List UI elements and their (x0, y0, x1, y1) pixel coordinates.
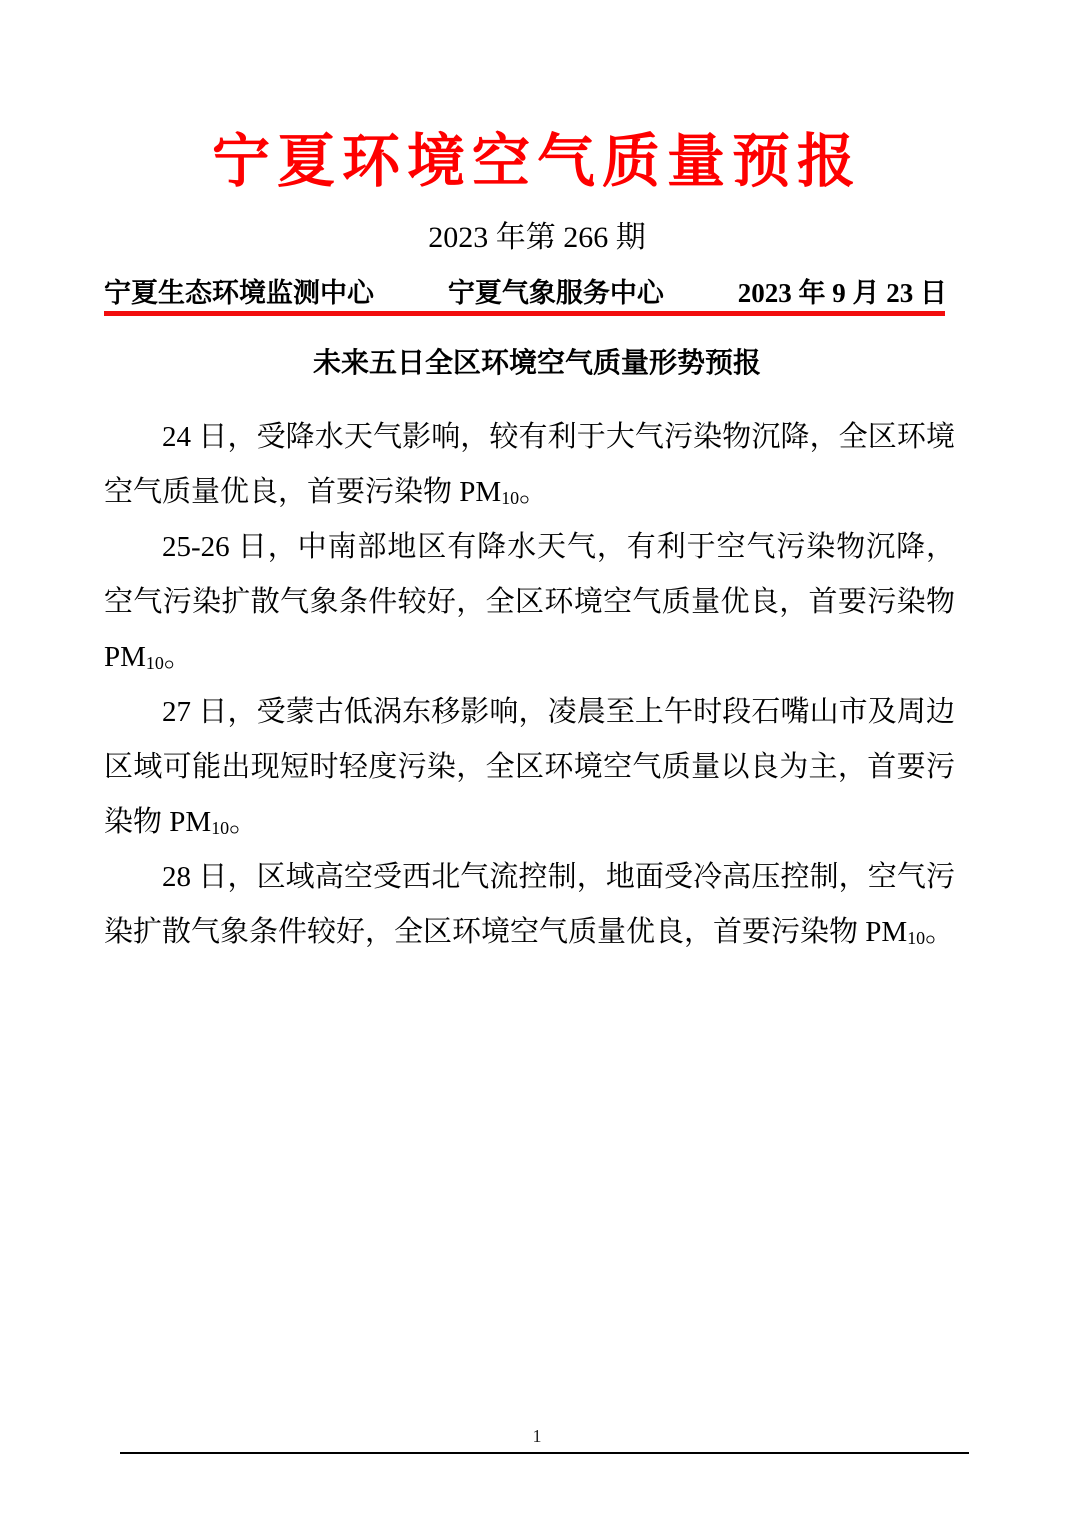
forecast-line: 28 日，区域高空受西北气流控制，地面受冷高压控制，空气污 (104, 850, 955, 905)
document-page: 宁夏环境空气质量预报 2023 年第 266 期 宁夏生态环境监测中心 宁夏气象… (0, 0, 1074, 1520)
forecast-line: 空气质量优良，首要污染物 PM10。 (104, 465, 955, 520)
forecast-line: 染扩散气象条件较好，全区环境空气质量优良，首要污染物 PM10。 (104, 905, 955, 960)
forecast-paragraph: 28 日，区域高空受西北气流控制，地面受冷高压控制，空气污染扩散气象条件较好，全… (104, 850, 955, 960)
pm10-subscript: 10 (907, 928, 925, 948)
forecast-line: 染物 PM10。 (104, 795, 955, 850)
forecast-line: 27 日，受蒙古低涡东移影响，凌晨至上午时段石嘴山市及周边 (104, 685, 955, 740)
agency-left: 宁夏生态环境监测中心 (104, 276, 374, 311)
section-title: 未来五日全区环境空气质量形势预报 (0, 346, 1074, 382)
header-red-divider (104, 311, 945, 316)
page-number: 1 (0, 1424, 1074, 1449)
pm10-subscript: 10 (211, 818, 229, 838)
issuer-row: 宁夏生态环境监测中心 宁夏气象服务中心 2023 年 9 月 23 日 (104, 276, 947, 311)
forecast-line: 空气污染扩散气象条件较好，全区环境空气质量优良，首要污染物 (104, 575, 955, 630)
agency-center: 宁夏气象服务中心 (448, 276, 664, 311)
forecast-line: 区域可能出现短时轻度污染，全区环境空气质量以良为主，首要污 (104, 740, 955, 795)
forecast-paragraph: 25-26 日，中南部地区有降水天气，有利于空气污染物沉降，空气污染扩散气象条件… (104, 520, 955, 685)
issue-number: 2023 年第 266 期 (0, 220, 1074, 256)
forecast-line: PM10。 (104, 630, 955, 685)
forecast-paragraph: 24 日，受降水天气影响，较有利于大气污染物沉降，全区环境空气质量优良，首要污染… (104, 410, 955, 520)
forecast-body: 24 日，受降水天气影响，较有利于大气污染物沉降，全区环境空气质量优良，首要污染… (104, 410, 955, 960)
forecast-paragraph: 27 日，受蒙古低涡东移影响，凌晨至上午时段石嘴山市及周边区域可能出现短时轻度污… (104, 685, 955, 850)
pm10-subscript: 10 (146, 653, 164, 673)
pm10-subscript: 10 (501, 488, 519, 508)
forecast-line: 24 日，受降水天气影响，较有利于大气污染物沉降，全区环境 (104, 410, 955, 465)
forecast-line: 25-26 日，中南部地区有降水天气，有利于空气污染物沉降， (104, 520, 955, 575)
document-title: 宁夏环境空气质量预报 (0, 130, 1074, 194)
publish-date: 2023 年 9 月 23 日 (738, 276, 947, 311)
footer-divider (120, 1452, 969, 1454)
